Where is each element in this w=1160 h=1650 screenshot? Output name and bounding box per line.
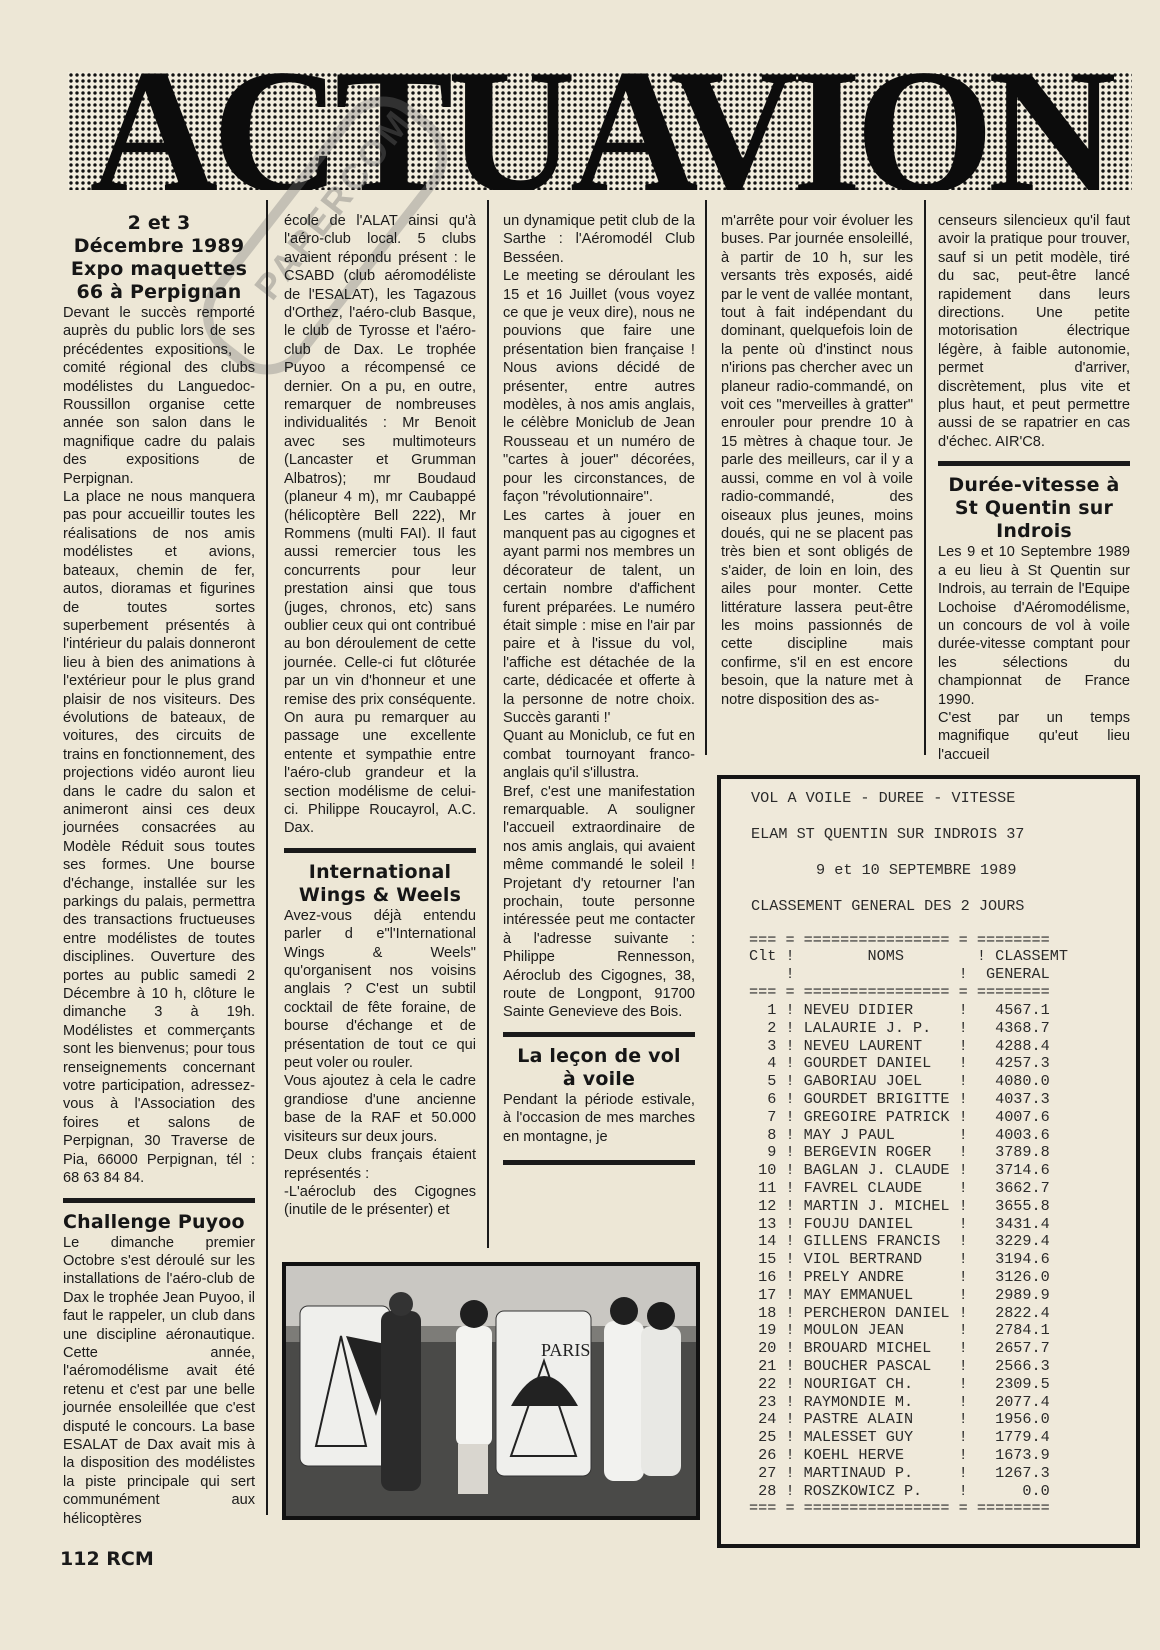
column-1: 2 et 3 Décembre 1989 Expo maquettes 66 à… bbox=[63, 212, 255, 1528]
table-row: 22 ! NOURIGAT CH. ! 2309.5 bbox=[749, 1375, 1050, 1393]
article-paragraph: Avez-vous déjà entendu parler d e"l'Inte… bbox=[284, 907, 476, 1073]
article-paragraph: Les cartes à jouer en manquent pas au ci… bbox=[503, 507, 695, 728]
article-heading-expo: 2 et 3 Décembre 1989 Expo maquettes 66 à… bbox=[63, 212, 255, 304]
article-paragraph: Deux clubs français étaient représentés … bbox=[284, 1146, 476, 1183]
table-row: 18 ! PERCHERON DANIEL ! 2822.4 bbox=[749, 1304, 1050, 1322]
table-row: 28 ! ROSZKOWICZ P. ! 0.0 bbox=[749, 1482, 1050, 1500]
masthead-banner: ACTUAVION bbox=[68, 72, 1132, 190]
table-row: 17 ! MAY EMMANUEL ! 2989.9 bbox=[749, 1286, 1050, 1304]
table-row: 26 ! KOEHL HERVE ! 1673.9 bbox=[749, 1446, 1050, 1464]
table-date: 9 et 10 SEPTEMBRE 1989 bbox=[816, 861, 1017, 879]
column-4: m'arrête pour voir évoluer les buses. Pa… bbox=[721, 212, 913, 709]
table-row: 12 ! MARTIN J. MICHEL ! 3655.8 bbox=[749, 1197, 1050, 1215]
article-paragraph: Quant au Moniclub, ce fut en combat tour… bbox=[503, 727, 695, 782]
table-row: 9 ! BERGEVIN ROGER ! 3789.8 bbox=[749, 1143, 1050, 1161]
table-row: 16 ! PRELY ANDRE ! 3126.0 bbox=[749, 1268, 1050, 1286]
event-photo: PARIS bbox=[282, 1262, 700, 1520]
article-paragraph: -L'aéroclub des Cigognes (inutile de le … bbox=[284, 1183, 476, 1220]
article-paragraph: un dynamique petit club de la Sarthe : l… bbox=[503, 212, 695, 267]
column-rule bbox=[924, 200, 926, 755]
article-heading-duree: Durée-vitesse à St Quentin sur Indrois bbox=[938, 474, 1130, 543]
article-paragraph: La place ne nous manquera pas pour accue… bbox=[63, 488, 255, 1187]
section-divider bbox=[284, 848, 476, 853]
table-rule: === = ================ = ======== bbox=[749, 983, 1050, 1001]
column-3: un dynamique petit club de la Sarthe : l… bbox=[503, 212, 695, 1173]
article-paragraph: censeurs silencieux qu'il faut avoir la … bbox=[938, 212, 1130, 451]
table-row: 14 ! GILLENS FRANCIS ! 3229.4 bbox=[749, 1232, 1050, 1250]
table-row: 5 ! GABORIAU JOEL ! 4080.0 bbox=[749, 1072, 1050, 1090]
table-header-row: Clt ! NOMS ! CLASSEMT bbox=[749, 947, 1068, 965]
section-divider bbox=[503, 1160, 695, 1165]
section-divider bbox=[938, 461, 1130, 466]
article-paragraph: Pendant la période estivale, à l'occasio… bbox=[503, 1091, 695, 1146]
table-row: 19 ! MOULON JEAN ! 2784.1 bbox=[749, 1321, 1050, 1339]
column-rule bbox=[705, 200, 707, 755]
table-row: 3 ! NEVEU LAURENT ! 4288.4 bbox=[749, 1037, 1050, 1055]
article-paragraph: Le dimanche premier Octobre s'est déroul… bbox=[63, 1234, 255, 1529]
article-paragraph: m'arrête pour voir évoluer les buses. Pa… bbox=[721, 212, 913, 709]
section-divider bbox=[503, 1032, 695, 1037]
table-row: 1 ! NEVEU DIDIER ! 4567.1 bbox=[749, 1001, 1050, 1019]
article-paragraph: C'est par un temps magnifique qu'eut lie… bbox=[938, 709, 1130, 764]
table-row: 15 ! VIOL BERTRAND ! 3194.6 bbox=[749, 1250, 1050, 1268]
article-paragraph: Le meeting se déroulant les 15 et 16 Jui… bbox=[503, 267, 695, 506]
table-title: VOL A VOILE - DUREE - VITESSE bbox=[751, 789, 1015, 807]
table-row: 4 ! GOURDET DANIEL ! 4257.3 bbox=[749, 1054, 1050, 1072]
svg-text:PARIS: PARIS bbox=[541, 1340, 590, 1360]
photo-illustration-icon: PARIS bbox=[286, 1266, 696, 1516]
table-rule: === = ================ = ======== bbox=[749, 1499, 1050, 1517]
page-footer: 112 RCM bbox=[60, 1548, 154, 1570]
article-heading-puyoo: Challenge Puyoo bbox=[63, 1211, 255, 1234]
article-paragraph: Devant le succès remporté auprès du publ… bbox=[63, 304, 255, 488]
table-row: 25 ! MALESSET GUY ! 1779.4 bbox=[749, 1428, 1050, 1446]
table-row: 6 ! GOURDET BRIGITTE ! 4037.3 bbox=[749, 1090, 1050, 1108]
table-row: 23 ! RAYMONDIE M. ! 2077.4 bbox=[749, 1393, 1050, 1411]
masthead-title: ACTUAVION bbox=[68, 72, 1132, 190]
table-row: 7 ! GREGOIRE PATRICK ! 4007.6 bbox=[749, 1108, 1050, 1126]
section-divider bbox=[63, 1198, 255, 1203]
article-paragraph: école de l'ALAT ainsi qu'à l'aéro-club l… bbox=[284, 212, 476, 838]
article-heading-lecon: La leçon de vol à voile bbox=[503, 1045, 695, 1091]
table-row: 21 ! BOUCHER PASCAL ! 2566.3 bbox=[749, 1357, 1050, 1375]
table-row: 8 ! MAY J PAUL ! 4003.6 bbox=[749, 1126, 1050, 1144]
table-row: 2 ! LALAURIE J. P. ! 4368.7 bbox=[749, 1019, 1050, 1037]
article-paragraph: Bref, c'est une manifestation remarquabl… bbox=[503, 783, 695, 1022]
column-rule bbox=[266, 200, 268, 1515]
table-row: 10 ! BAGLAN J. CLAUDE ! 3714.6 bbox=[749, 1161, 1050, 1179]
column-2: école de l'ALAT ainsi qu'à l'aéro-club l… bbox=[284, 212, 476, 1220]
column-5: censeurs silencieux qu'il faut avoir la … bbox=[938, 212, 1130, 764]
table-row: 13 ! FOUJU DANIEL ! 3431.4 bbox=[749, 1215, 1050, 1233]
table-row: 24 ! PASTRE ALAIN ! 1956.0 bbox=[749, 1410, 1050, 1428]
article-heading-wings: International Wings & Weels bbox=[284, 861, 476, 907]
article-paragraph: Les 9 et 10 Septembre 1989 a eu lieu à S… bbox=[938, 543, 1130, 709]
column-rule bbox=[487, 200, 489, 1248]
article-paragraph: Vous ajoutez à cela le cadre grandiose d… bbox=[284, 1072, 476, 1146]
table-caption: CLASSEMENT GENERAL DES 2 JOURS bbox=[751, 897, 1024, 915]
table-row: 11 ! FAVREL CLAUDE ! 3662.7 bbox=[749, 1179, 1050, 1197]
table-subtitle: ELAM ST QUENTIN SUR INDROIS 37 bbox=[751, 825, 1024, 843]
table-row: 20 ! BROUARD MICHEL ! 2657.7 bbox=[749, 1339, 1050, 1357]
table-row: 27 ! MARTINAUD P. ! 1267.3 bbox=[749, 1464, 1050, 1482]
table-header-row-2: ! ! GENERAL bbox=[749, 965, 1050, 983]
results-table: VOL A VOILE - DUREE - VITESSE ELAM ST QU… bbox=[717, 775, 1140, 1548]
